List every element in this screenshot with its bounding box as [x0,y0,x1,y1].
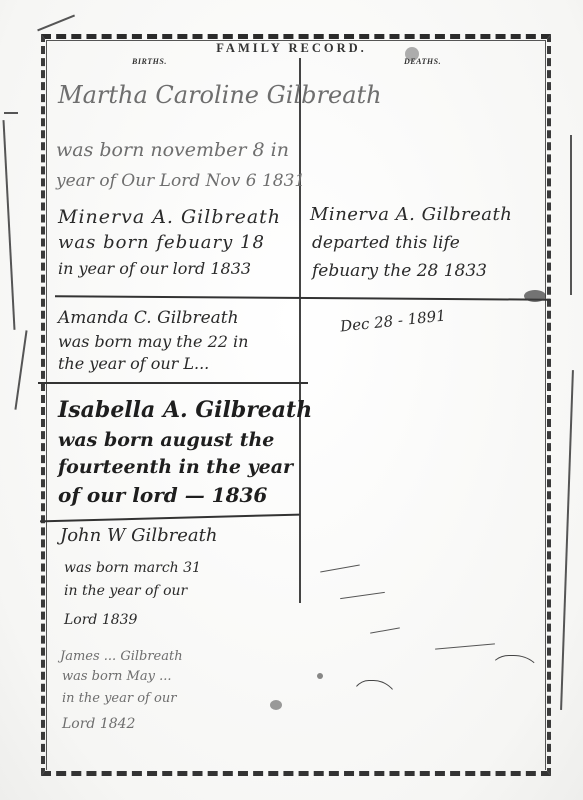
entry-line: was born march 31 [64,560,201,576]
entry-line: febuary the 28 1833 [312,262,487,282]
entry-line: in the year of our [62,692,176,707]
entry-line: of our lord — 1836 [58,484,267,507]
top-margin-mark [37,15,75,31]
entry-line: year of Our Lord Nov 6 1831 [56,172,305,192]
entry-line: was born may the 22 in [58,333,248,351]
ink-blot [524,290,546,302]
entry-line: Minerva A. Gilbreath [310,205,512,226]
entry-line: Minerva A. Gilbreath [58,207,281,229]
entry-line: Amanda C. Gilbreath [58,309,239,329]
entry-line: Isabella A. Gilbreath [58,398,312,423]
entry-line: Lord 1839 [64,612,137,628]
entry-line: Martha Caroline Gilbreath [58,82,382,110]
left-margin-mark [4,112,18,114]
page-title: FAMILY RECORD. [0,41,583,56]
entry-separator [38,382,308,384]
column-divider [299,58,301,603]
entry-line: was born november 8 in [56,140,289,162]
right-margin-mark [570,135,572,295]
left-margin-mark [3,120,15,330]
ink-blot [270,700,282,710]
scanned-page: FAMILY RECORD. BIRTHS. DEATHS. Martha Ca… [0,0,583,800]
right-margin-mark [560,370,573,710]
entry-line: departed this life [312,234,460,254]
entry-line: in year of our lord 1833 [58,260,251,278]
ink-blot [405,47,419,61]
entry-line: fourteenth in the year [58,457,293,479]
entry-line: Lord 1842 [62,716,135,732]
entry-line: in the year of our [64,583,187,599]
births-column-header: BIRTHS. [132,57,167,66]
entry-line: was born august the [58,430,274,452]
left-margin-mark [14,330,27,409]
entry-line: was born febuary 18 [58,233,265,254]
pencil-doodle [490,655,542,697]
entry-line: was born May ... [62,670,171,685]
entry-line: John W Gilbreath [60,526,217,547]
entry-line: the year of our L... [58,355,209,373]
ink-blot [317,673,323,679]
entry-line: James ... Gilbreath [60,650,183,665]
